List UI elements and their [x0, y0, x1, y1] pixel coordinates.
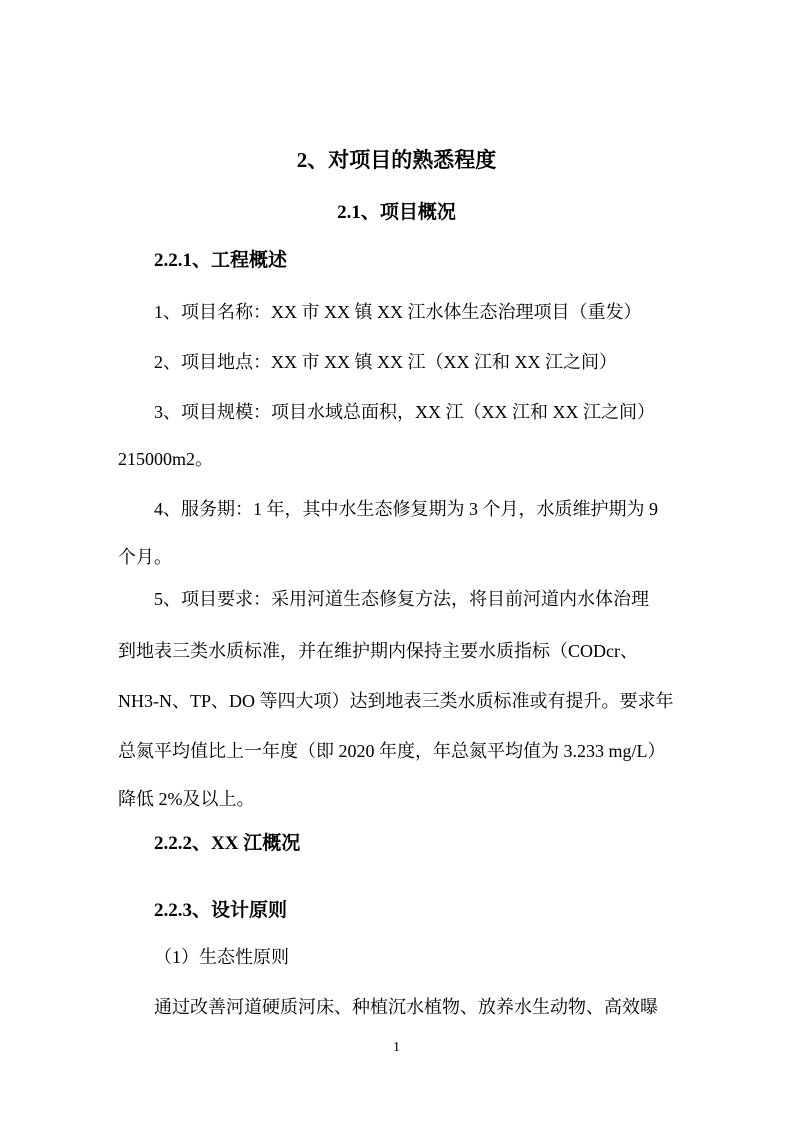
body-line-requirements-cont-4: 降低 2%及以上。 [118, 786, 255, 812]
body-line-requirements-cont-3: 总氮平均值比上一年度（即 2020 年度，年总氮平均值为 3.233 mg/L） [118, 738, 666, 764]
body-line-service-period-cont: 个月。 [118, 544, 172, 570]
body-line-requirements-cont-2: NH3-N、TP、DO 等四大项）达到地表三类水质标准或有提升。要求年 [118, 688, 674, 714]
body-line-project-name: 1、项目名称：XX 市 XX 镇 XX 江水体生态治理项目（重发） [154, 299, 642, 325]
body-line-principle-1: （1）生态性原则 [154, 944, 289, 970]
body-line-service-period: 4、服务期：1 年，其中水生态修复期为 3 个月，水质维护期为 9 [154, 496, 658, 522]
body-line-project-scale: 3、项目规模：项目水域总面积，XX 江（XX 江和 XX 江之间） [154, 399, 655, 425]
doc-subtitle: 2.1、项目概况 [0, 199, 793, 227]
page-number: 1 [0, 1038, 793, 1058]
section-heading-2-2-1: 2.2.1、工程概述 [154, 248, 287, 274]
section-heading-2-2-2: 2.2.2、XX 江概况 [154, 831, 300, 857]
doc-title: 2、对项目的熟悉程度 [0, 146, 793, 174]
body-line-project-requirements: 5、项目要求：采用河道生态修复方法，将目前河道内水体治理 [154, 586, 649, 612]
section-heading-2-2-3: 2.2.3、设计原则 [154, 898, 287, 924]
body-line-principle-1-detail: 通过改善河道硬质河床、种植沉水植物、放养水生动物、高效曝 [154, 994, 658, 1020]
body-line-requirements-cont-1: 到地表三类水质标准，并在维护期内保持主要水质指标（CODcr、 [118, 638, 638, 664]
body-line-area-value: 215000m2。 [118, 446, 213, 472]
document-page: 2、对项目的熟悉程度 2.1、项目概况 2.2.1、工程概述 1、项目名称：XX… [0, 0, 793, 1122]
body-line-project-location: 2、项目地点：XX 市 XX 镇 XX 江（XX 江和 XX 江之间） [154, 349, 617, 375]
